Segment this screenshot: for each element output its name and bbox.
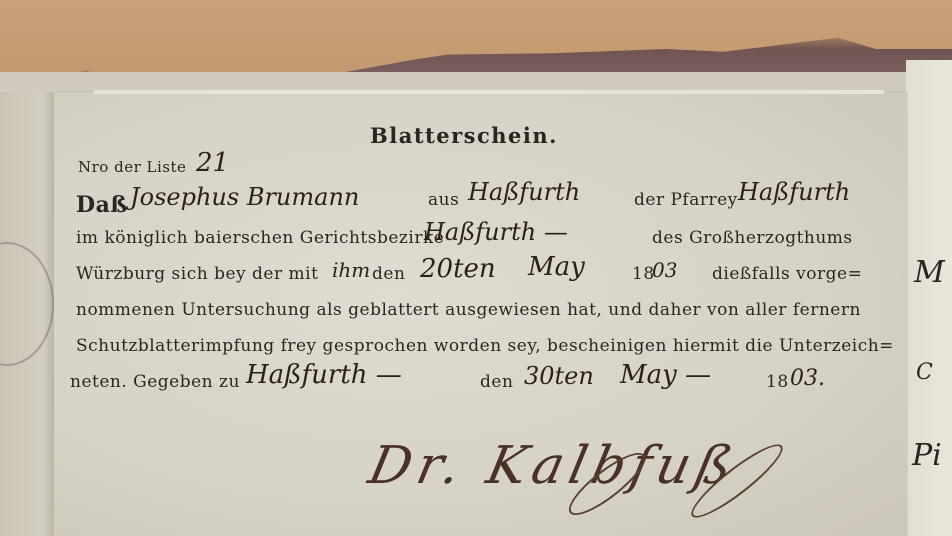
handwritten-name: Josephus Brumann	[130, 183, 359, 211]
line1-dass: Daß	[76, 192, 128, 218]
right-page-fragment: M	[914, 255, 945, 290]
stamp-ring	[0, 242, 54, 366]
document-title: Blatterschein.	[370, 123, 558, 148]
signature: Dr. Kalbfuß	[364, 436, 744, 496]
line5-text: Schutzblatterimpfung frey gesprochen wor…	[76, 336, 894, 356]
line6-text: neten. Gegeben zu	[70, 372, 240, 392]
line2-text: im königlich baierschen Gerichtsbezirke	[76, 228, 444, 248]
sheet-edge	[94, 90, 884, 94]
right-page-fragment: C	[916, 360, 933, 385]
list-number-label: Nro der Liste	[78, 158, 186, 176]
handwritten-exam-month: May	[528, 252, 585, 282]
line3-text: Würzburg sich bey der mit	[76, 264, 318, 284]
line6-year-prefix: 18	[766, 372, 789, 392]
line1-aus: aus	[428, 190, 459, 210]
right-page: M C Pi	[906, 60, 952, 536]
line4-text: nommenen Untersuchung als geblattert aus…	[76, 300, 861, 320]
handwritten-issue-month: May —	[620, 360, 711, 390]
right-page-fragment: Pi	[912, 438, 942, 473]
handwritten-place: Haßfurth	[468, 178, 580, 206]
list-number-value: 21	[196, 148, 229, 178]
handwritten-pronoun: ihm	[332, 258, 370, 282]
left-page	[0, 92, 56, 536]
handwritten-district: Haßfurth —	[424, 218, 568, 246]
handwritten-exam-day: 20ten	[420, 254, 496, 284]
handwritten-exam-year: 03	[652, 258, 677, 282]
handwritten-issue-year: 03.	[790, 366, 825, 391]
line6-den: den	[480, 372, 513, 392]
handwritten-parish: Haßfurth	[738, 178, 850, 206]
line3-den: den	[372, 264, 405, 284]
line1-pfarrey: der Pfarrey	[634, 190, 738, 210]
line2-grossherzogthum: des Großherzogthums	[652, 228, 853, 248]
handwritten-issue-day: 30ten	[524, 362, 594, 390]
line3-diessfalls: dießfalls vorge=	[712, 264, 862, 284]
handwritten-issue-place: Haßfurth —	[246, 360, 402, 390]
